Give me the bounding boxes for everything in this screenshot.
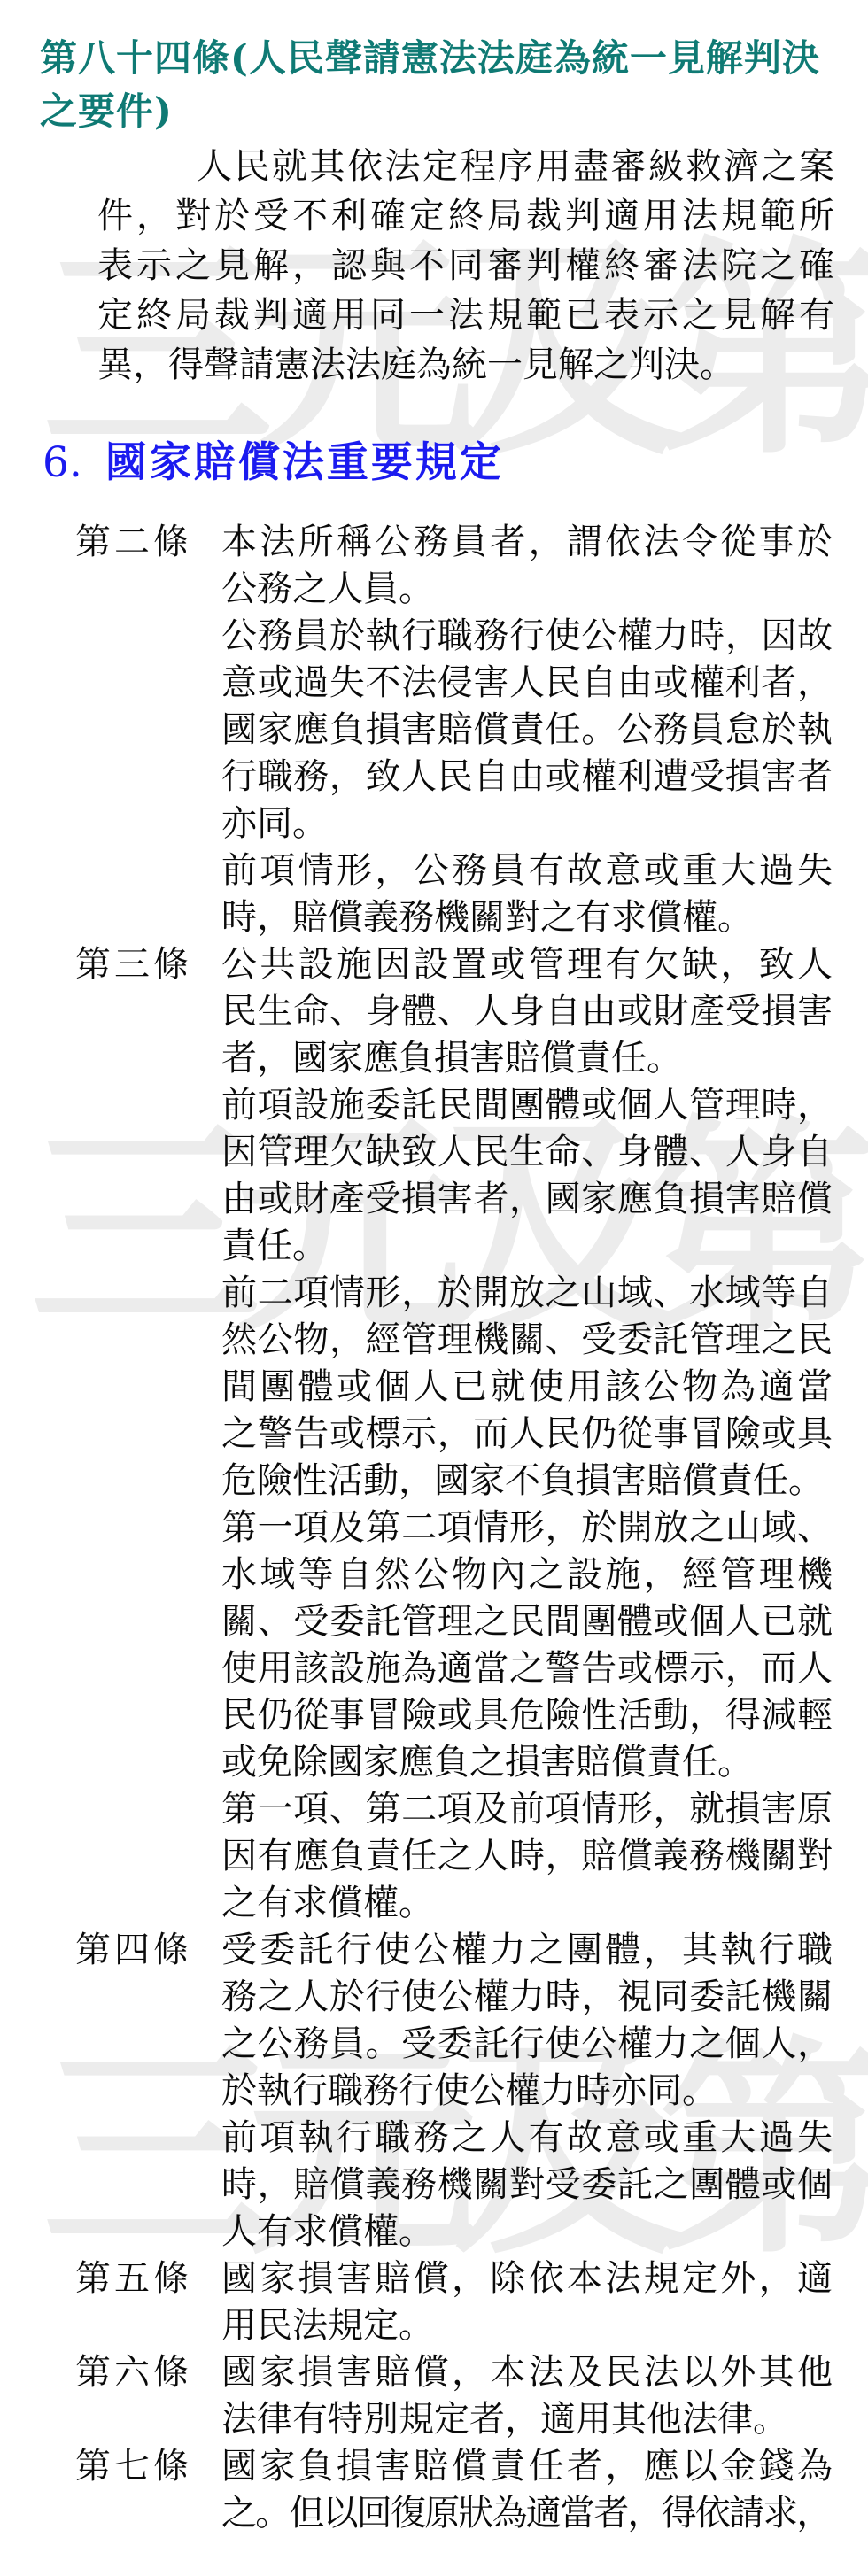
article-text: 國家損害賠償，本法及民法以外其他法律有特別規定者，適用其他法律。 [221, 2349, 833, 2443]
text-line: 之警告或標示，而人民仍從事冒險或具 [221, 1411, 833, 1458]
text-line: 由或財產受損害者，國家應負損害賠償 [221, 1176, 833, 1223]
section-heading: 6. 國家賠償法重要規定 [43, 436, 868, 491]
text-line: 民生命、身體、人身自由或財產受損害 [221, 988, 833, 1035]
text-line: 危險性活動，國家不負損害賠償責任。 [221, 1458, 833, 1505]
text-line: 公務員於執行職務行使公權力時，因故 [221, 613, 833, 660]
text-line: 用民法規定。 [221, 2302, 833, 2349]
text-line: 前項執行職務之人有故意或重大過失 [221, 2115, 833, 2162]
article-number-label: 第二條 [75, 519, 190, 941]
intro-paragraph: 人民就其依法定程序用盡審級救濟之案件，對於受不利確定終局裁判適用法規範所表示之見… [97, 142, 834, 390]
text-line: 表示之見解，認與不同審判權終審法院之確 [97, 241, 834, 290]
text-line: 定終局裁判適用同一法規範已表示之見解有 [97, 290, 834, 340]
text-line: 關、受委託管理之民間團體或個人已就 [221, 1598, 833, 1645]
article-text: 國家負損害賠償責任者，應以金錢為之。但以回復原狀為適當者，得依請求， [221, 2443, 833, 2537]
text-line: 受委託行使公權力之團體，其執行職 [221, 1927, 833, 1974]
text-line: 件，對於受不利確定終局裁判適用法規範所 [97, 191, 834, 241]
constitutional-court-article-heading: 第八十四條(人民聲請憲法法庭為統一見解判決之要件) [40, 32, 848, 138]
statute-article: 第五條國家損害賠償，除依本法規定外，適用民法規定。 [75, 2255, 868, 2349]
text-line: 時，賠償義務機關對之有求償權。 [221, 894, 833, 941]
statute-article: 第三條公共設施因設置或管理有欠缺，致人民生命、身體、人身自由或財產受損害者，國家… [75, 941, 868, 1927]
text-line: 國家損害賠償，除依本法規定外，適 [221, 2255, 833, 2302]
text-line: 前項情形，公務員有故意或重大過失 [221, 847, 833, 894]
article-number-label: 第五條 [75, 2255, 190, 2349]
article-number-label: 第三條 [75, 941, 190, 1927]
text-line: 人民就其依法定程序用盡審級救濟之案 [97, 142, 834, 191]
article-text: 受委託行使公權力之團體，其執行職務之人於行使公權力時，視同委託機關之公務員。受委… [221, 1927, 833, 2255]
statute-article: 第七條國家負損害賠償責任者，應以金錢為之。但以回復原狀為適當者，得依請求， [75, 2443, 868, 2537]
article-text: 公共設施因設置或管理有欠缺，致人民生命、身體、人身自由或財產受損害者，國家應負損… [221, 941, 833, 1927]
statute-article: 第六條國家損害賠償，本法及民法以外其他法律有特別規定者，適用其他法律。 [75, 2349, 868, 2443]
text-line: 前項設施委託民間團體或個人管理時， [221, 1082, 833, 1129]
text-line: 第一項、第二項及前項情形，就損害原 [221, 1786, 833, 1833]
text-line: 人有求償權。 [221, 2209, 833, 2255]
text-line: 使用該設施為適當之警告或標示，而人 [221, 1645, 833, 1692]
text-line: 之。但以回復原狀為適當者，得依請求， [221, 2490, 833, 2537]
text-line: 本法所稱公務員者，謂依法令從事於 [221, 519, 833, 566]
text-line: 之要件) [40, 85, 848, 138]
text-line: 然公物，經管理機關、受委託管理之民 [221, 1317, 833, 1364]
text-line: 間團體或個人已就使用該公物為適當 [221, 1364, 833, 1411]
text-line: 亦同。 [221, 801, 833, 847]
text-line: 國家應負損害賠償責任。公務員怠於執 [221, 707, 833, 754]
document-page: 三元及第 三元及第 三元及第 第八十四條(人民聲請憲法法庭為統一見解判決之要件)… [0, 0, 868, 2576]
text-line: 前二項情形，於開放之山域、水域等自 [221, 1270, 833, 1317]
text-line: 行職務，致人民自由或權利遭受損害者 [221, 754, 833, 801]
statute-article: 第二條本法所稱公務員者，謂依法令從事於公務之人員。公務員於執行職務行使公權力時，… [75, 519, 868, 941]
text-line: 責任。 [221, 1223, 833, 1270]
text-line: 或免除國家應負之損害賠償責任。 [221, 1739, 833, 1786]
article-text: 國家損害賠償，除依本法規定外，適用民法規定。 [221, 2255, 833, 2349]
text-line: 因管理欠缺致人民生命、身體、人身自 [221, 1129, 833, 1176]
text-line: 民仍從事冒險或具危險性活動，得減輕 [221, 1692, 833, 1739]
text-line: 公共設施因設置或管理有欠缺，致人 [221, 941, 833, 988]
text-line: 國家負損害賠償責任者，應以金錢為 [221, 2443, 833, 2490]
text-line: 國家損害賠償，本法及民法以外其他 [221, 2349, 833, 2396]
text-line: 時，賠償義務機關對受委託之團體或個 [221, 2162, 833, 2209]
text-line: 公務之人員。 [221, 566, 833, 613]
text-line: 第一項及第二項情形，於開放之山域、 [221, 1505, 833, 1551]
text-line: 之公務員。受委託行使公權力之個人， [221, 2021, 833, 2068]
section-number: 6. [43, 436, 82, 491]
text-line: 水域等自然公物內之設施，經管理機 [221, 1551, 833, 1598]
text-line: 於執行職務行使公權力時亦同。 [221, 2068, 833, 2115]
article-number-label: 第四條 [75, 1927, 190, 2255]
text-line: 因有應負責任之人時，賠償義務機關對 [221, 1833, 833, 1880]
text-line: 法律有特別規定者，適用其他法律。 [221, 2396, 833, 2443]
text-line: 意或過失不法侵害人民自由或權利者， [221, 660, 833, 707]
article-number-label: 第七條 [75, 2443, 190, 2537]
document-content: 第八十四條(人民聲請憲法法庭為統一見解判決之要件) 人民就其依法定程序用盡審級救… [0, 0, 868, 2537]
section-title: 國家賠償法重要規定 [105, 436, 504, 491]
statute-article: 第四條受委託行使公權力之團體，其執行職務之人於行使公權力時，視同委託機關之公務員… [75, 1927, 868, 2255]
article-text: 本法所稱公務員者，謂依法令從事於公務之人員。公務員於執行職務行使公權力時，因故意… [221, 519, 833, 941]
text-line: 之有求償權。 [221, 1880, 833, 1927]
text-line: 第八十四條(人民聲請憲法法庭為統一見解判決 [40, 32, 848, 85]
statute-articles-list: 第二條本法所稱公務員者，謂依法令從事於公務之人員。公務員於執行職務行使公權力時，… [0, 519, 868, 2537]
article-number-label: 第六條 [75, 2349, 190, 2443]
text-line: 異，得聲請憲法法庭為統一見解之判決。 [97, 340, 834, 390]
text-line: 務之人於行使公權力時，視同委託機關 [221, 1974, 833, 2021]
text-line: 者，國家應負損害賠償責任。 [221, 1035, 833, 1082]
